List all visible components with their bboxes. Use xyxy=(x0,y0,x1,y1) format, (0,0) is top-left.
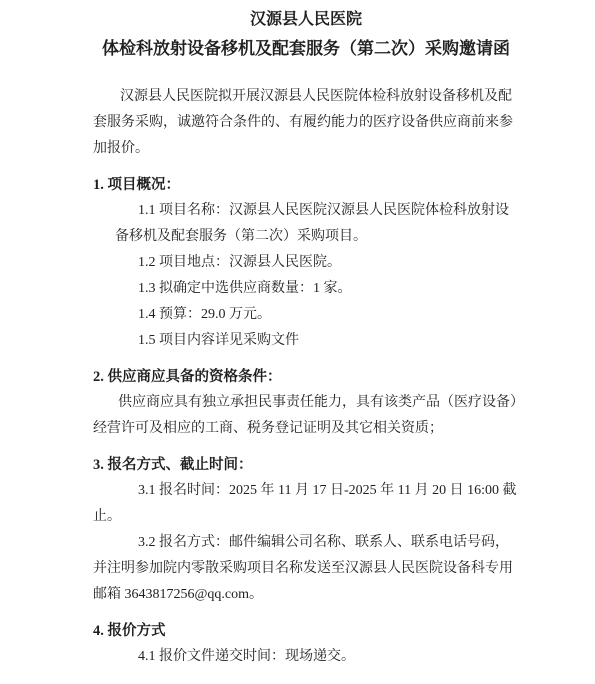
section-1-item-project-name: 1.1 项目名称：汉源县人民医院汉源县人民医院体检科放射设备移机及配套服务（第二… xyxy=(115,198,519,250)
section-1-heading: 1. 项目概况： xyxy=(93,172,519,198)
section-4-item-quote-delivery: 4.1 报价文件递交时间：现场递交。 xyxy=(93,644,519,670)
section-3-item-registration-method: 3.2 报名方式：邮件编辑公司名称、联系人、联系电话号码，并注明参加院内零散采购… xyxy=(93,530,519,608)
section-1-item-project-location: 1.2 项目地点：汉源县人民医院。 xyxy=(93,250,519,276)
document-title: 汉源县人民医院 xyxy=(93,8,519,32)
section-2-qualification-paragraph: 供应商应具有独立承担民事责任能力，具有该类产品（医疗设备）经营许可及相应的工商、… xyxy=(93,390,519,442)
document-page: 汉源县人民医院 体检科放射设备移机及配套服务（第二次）采购邀请函 汉源县人民医院… xyxy=(0,0,595,684)
section-1-item-supplier-count: 1.3 拟确定中选供应商数量：1 家。 xyxy=(93,276,519,302)
section-3-heading: 3. 报名方式、截止时间： xyxy=(93,452,519,478)
section-1-item-budget: 1.4 预算：29.0 万元。 xyxy=(93,302,519,328)
section-1-item-project-content: 1.5 项目内容详见采购文件 xyxy=(93,328,519,354)
section-2-heading: 2. 供应商应具备的资格条件： xyxy=(93,364,519,390)
section-3-item-registration-time: 3.1 报名时间：2025 年 11 月 17 日-2025 年 11 月 20… xyxy=(93,478,519,530)
document-subtitle: 体检科放射设备移机及配套服务（第二次）采购邀请函 xyxy=(93,34,519,64)
section-4-heading: 4. 报价方式 xyxy=(93,618,519,644)
intro-paragraph: 汉源县人民医院拟开展汉源县人民医院体检科放射设备移机及配套服务采购，诚邀符合条件… xyxy=(93,84,519,162)
